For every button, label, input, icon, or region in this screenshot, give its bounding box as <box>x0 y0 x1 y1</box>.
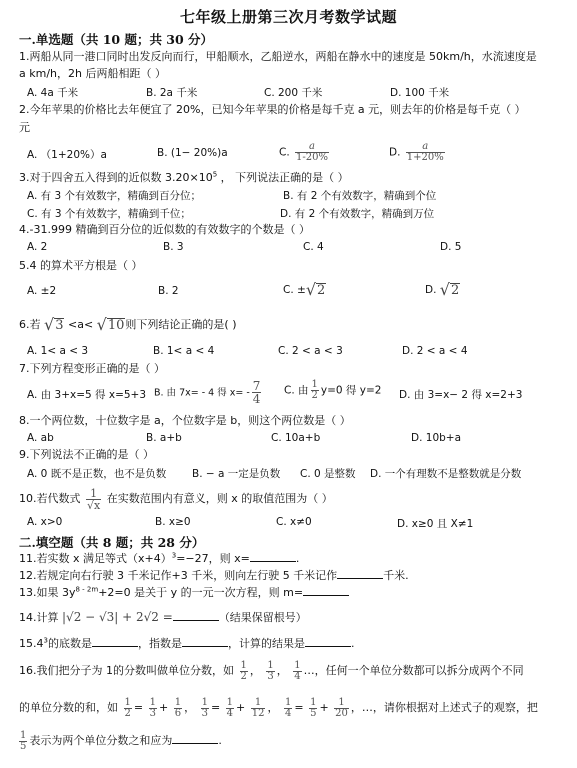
option-a: A. 2 <box>27 241 47 253</box>
option-a: A. ab <box>27 432 54 444</box>
question-12: 12.若规定向右行驶 3 千米记作+3 千米，则向左行驶 5 千米记作千米. <box>19 568 409 583</box>
question-1-line-1: 1.两船从同一港口同时出发反向而行，甲船顺水，乙船逆水，两船在静水中的速度是 5… <box>19 50 537 64</box>
question-9-stem: 9.下列说法不正确的是（ ） <box>19 448 154 462</box>
question-2-line-1: 2.今年苹果的价格比去年便宜了 20%，已知今年苹果的价格是每千克 a 元，则去… <box>19 103 526 117</box>
square-root: √10 <box>97 317 126 333</box>
math-expression: |√2 − √3| + 2√2 = <box>62 610 173 624</box>
option-a: A. ±2 <box>27 285 56 297</box>
option-c: C. 有 3 个有效数字，精确到千位； <box>27 206 191 221</box>
question-5-stem: 5.4 的算术平方根是（ ） <box>19 259 143 273</box>
option-b: B. 3 <box>163 241 184 253</box>
question-6-stem: 6.若 √3 <a< √10则下列结论正确的是( ) <box>19 315 237 335</box>
question-10-options: A. x>0 B. x≥0 C. x≠0 D. x≥0 且 X≠1 <box>0 516 577 532</box>
question-14: 14.计算 |√2 − √3| + 2√2 =（结果保留根号） <box>19 608 307 627</box>
fraction: 12 <box>240 661 248 682</box>
option-c: C. ±√2 <box>283 282 326 298</box>
option-d: D. 有 2 个有效数字，精确到万位 <box>280 206 434 221</box>
fraction: 12 <box>311 380 319 401</box>
question-3-stem: 3.对于四舍五入得到的近似数 3.20×105 ， 下列说法正确的是（ ） <box>19 171 349 185</box>
fraction: 13 <box>149 698 157 719</box>
fraction: 1√x <box>86 488 101 511</box>
section-heading-single-choice: 一.单选题（共 10 题；共 30 分） <box>19 30 213 48</box>
answer-blank[interactable] <box>250 551 296 562</box>
question-1-options: A. 4a 千米 B. 2a 千米 C. 200 千米 D. 100 千米 <box>0 85 577 101</box>
option-c: C. 4 <box>303 241 324 253</box>
option-c: C. 由12y=0 得 y=2 <box>284 380 381 401</box>
option-c: C. a1-20% <box>279 142 331 163</box>
fraction: a1+20% <box>406 142 445 163</box>
question-3-options-row-1: A. 有 3 个有效数字，精确到百分位； B. 有 2 个有效数字，精确到个位 <box>0 188 577 204</box>
question-7-stem: 7.下列方程变形正确的是（ ） <box>19 362 165 376</box>
option-b: B. a+b <box>146 432 182 444</box>
square-root: √2 <box>306 282 326 298</box>
option-d: D. 一个有理数不是整数就是分数 <box>370 466 521 481</box>
answer-blank-result[interactable] <box>305 636 351 647</box>
option-b: B. 由 7x= - 4 得 x= -74 <box>154 380 263 405</box>
fraction: 13 <box>201 698 209 719</box>
option-a: A. 1< a < 3 <box>27 345 88 357</box>
question-13: 13.如果 3y8 - 2m+2=0 是关于 y 的一元一次方程，则 m= <box>19 585 349 600</box>
option-b: B. − a 一定是负数 <box>192 466 280 481</box>
option-b: B. 1< a < 4 <box>153 345 214 357</box>
question-16-line-3: 15表示为两个单位分数之和应为. <box>19 730 222 752</box>
question-2-options: A. （1+20%）a B. (1− 20%)a C. a1-20% D. a1… <box>0 142 577 166</box>
option-c: C. 2 < a < 3 <box>278 345 343 357</box>
fraction: 12 <box>124 698 132 719</box>
fraction: 13 <box>266 661 274 682</box>
fraction: 16 <box>174 698 182 719</box>
question-5-options: A. ±2 B. 2 C. ±√2 D. √2 <box>0 282 577 304</box>
option-b: B. 2a 千米 <box>146 85 197 100</box>
answer-blank[interactable] <box>173 610 219 621</box>
answer-blank[interactable] <box>172 733 218 744</box>
option-d: D. a1+20% <box>389 142 447 163</box>
square-root: √2 <box>440 282 460 298</box>
option-b: B. 有 2 个有效数字，精确到个位 <box>283 188 436 203</box>
option-c: C. x≠0 <box>276 516 312 528</box>
fraction: 120 <box>334 698 349 719</box>
fraction: 112 <box>251 698 266 719</box>
option-a: A. 有 3 个有效数字，精确到百分位； <box>27 188 201 203</box>
question-16-line-2: 的单位分数的和，如 12= 13+ 16， 13= 14+ 112， 14= 1… <box>19 697 538 719</box>
option-a: A. 4a 千米 <box>27 85 78 100</box>
fraction: 15 <box>309 698 317 719</box>
question-8-options: A. ab B. a+b C. 10a+b D. 10b+a <box>0 432 577 448</box>
question-16-line-1: 16.我们把分子为 1的分数叫做单位分数，如 12， 13， 14…，任何一个单… <box>19 660 524 682</box>
page-title: 七年级上册第三次月考数学试题 <box>0 6 577 27</box>
fraction: 14 <box>284 698 292 719</box>
question-7-options: A. 由 3+x=5 得 x=5+3 B. 由 7x= - 4 得 x= -74… <box>0 380 577 408</box>
option-a: A. 0 既不是正数，也不是负数 <box>27 466 166 481</box>
fraction: 14 <box>226 698 234 719</box>
option-a: A. 由 3+x=5 得 x=5+3 <box>27 387 146 402</box>
option-a: A. x>0 <box>27 516 62 528</box>
question-10-stem: 10.若代数式 1√x 在实数范围内有意义，则 x 的取值范围为（ ） <box>19 486 333 512</box>
question-1-line-2: a km/h，2h 后两船相距（ ） <box>19 67 166 81</box>
option-c: C. 10a+b <box>271 432 320 444</box>
option-d: D. x≥0 且 X≠1 <box>397 516 473 531</box>
section-heading-fill-blank: 二.填空题（共 8 题；共 28 分） <box>19 533 204 551</box>
option-b: B. (1− 20%)a <box>157 147 228 159</box>
question-11: 11.若实数 x 满足等式（x+4）3=−27，则 x=. <box>19 551 299 566</box>
fraction: a1-20% <box>295 142 329 163</box>
option-d: D. 5 <box>440 241 461 253</box>
fraction: 74 <box>252 380 262 405</box>
fraction: 14 <box>293 661 301 682</box>
question-8-stem: 8.一个两位数，十位数字是 a，个位数字是 b，则这个两位数是（ ） <box>19 414 351 428</box>
answer-blank[interactable] <box>303 585 349 596</box>
question-3-options-row-2: C. 有 3 个有效数字，精确到千位； D. 有 2 个有效数字，精确到万位 <box>0 206 577 222</box>
answer-blank-base[interactable] <box>92 636 138 647</box>
option-d: D. 100 千米 <box>390 85 449 100</box>
option-d: D. √2 <box>425 282 460 298</box>
option-c: C. 200 千米 <box>264 85 322 100</box>
question-6-options: A. 1< a < 3 B. 1< a < 4 C. 2 < a < 3 D. … <box>0 345 577 361</box>
question-9-options: A. 0 既不是正数，也不是负数 B. − a 一定是负数 C. 0 是整数 D… <box>0 466 577 482</box>
question-4-options: A. 2 B. 3 C. 4 D. 5 <box>0 241 577 257</box>
square-root: √3 <box>44 317 64 333</box>
option-d: D. 2 < a < 4 <box>402 345 468 357</box>
option-d: D. 10b+a <box>411 432 461 444</box>
option-a: A. （1+20%）a <box>27 147 107 162</box>
question-2-line-2: 元 <box>19 121 30 135</box>
option-b: B. 2 <box>158 285 179 297</box>
answer-blank[interactable] <box>337 568 383 579</box>
option-c: C. 0 是整数 <box>300 466 356 481</box>
fraction: 15 <box>19 731 27 752</box>
question-4-stem: 4.-31.999 精确到百分位的近似数的有效数字的个数是（ ） <box>19 223 310 237</box>
option-b: B. x≥0 <box>155 516 191 528</box>
answer-blank-exponent[interactable] <box>182 636 228 647</box>
option-d: D. 由 3=x− 2 得 x=2+3 <box>399 387 522 402</box>
question-15: 15.43的底数是，指数是，计算的结果是. <box>19 636 354 651</box>
